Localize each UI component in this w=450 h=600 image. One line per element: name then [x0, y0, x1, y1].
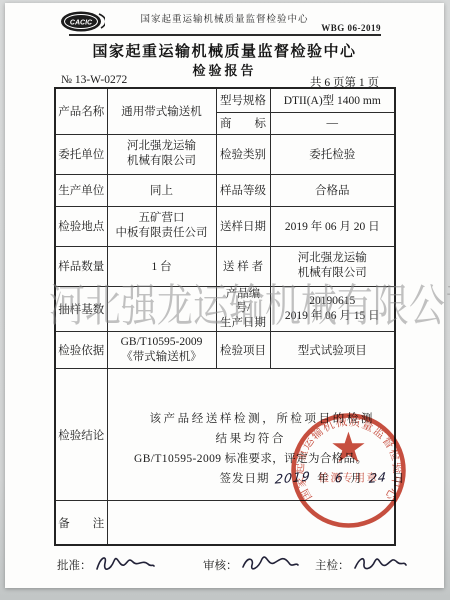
header-rule — [69, 34, 381, 36]
approver-group: 批准： — [57, 553, 156, 577]
remarks-label: 备 注 — [55, 501, 107, 545]
approve-label: 批准： — [57, 560, 92, 572]
conclusion-cell: 该产品经送样检测，所检项目的检测结果均符合 GB/T10595-2009 标准要… — [107, 369, 395, 501]
year-suffix: 年 — [317, 473, 330, 485]
report-table: 产品名称 通用带式输送机 型号规格 DTII(A)型 1400 mm 商 标 —… — [54, 87, 396, 546]
sampling-base-label: 抽样基数 — [55, 286, 107, 332]
doc-code: WBG 06-2019 — [305, 23, 381, 33]
delivery-date-label: 送样日期 — [216, 206, 270, 246]
client-value: 河北强龙运输 机械有限公司 — [107, 134, 216, 174]
reviewer-group: 审核： — [203, 553, 300, 577]
conclusion-line2: GB/T10595-2009 标准要求，评定为合格品。 — [120, 450, 383, 470]
inspection-place-label: 检验地点 — [55, 206, 107, 246]
review-label: 审核： — [203, 560, 238, 572]
approver-signature — [94, 553, 156, 577]
inspection-place-value: 五矿营口 中板有限责任公司 — [107, 206, 216, 246]
sample-sender-label: 送 样 者 — [216, 246, 270, 286]
product-name-value: 通用带式输送机 — [107, 88, 216, 134]
inspection-type-label: 检验类别 — [216, 134, 270, 174]
delivery-date-value: 2019 年 06 月 20 日 — [270, 206, 395, 246]
trademark-label: 商 标 — [216, 112, 270, 134]
product-no-value: 20190615 2019 年 06 月 15 日 — [270, 286, 395, 332]
product-no: 20190615 — [273, 295, 393, 307]
sample-qty-value: 1 台 — [107, 246, 216, 286]
day-suffix: 日 — [392, 473, 405, 485]
inspection-type-value: 委托检验 — [270, 134, 395, 174]
report-number: № 13-W-0272 — [61, 74, 127, 86]
production-date: 2019 年 06 月 15 日 — [273, 307, 393, 323]
product-name-label: 产品名称 — [55, 88, 107, 134]
sample-qty-label: 样品数量 — [55, 246, 107, 286]
chief-group: 主检： — [315, 553, 408, 577]
chief-inspector-signature — [352, 553, 408, 577]
items-value: 型式试验项目 — [270, 332, 395, 369]
issue-month-handwritten: 6 — [335, 470, 345, 486]
issue-day-handwritten: 24 — [368, 469, 387, 486]
sampling-base-value — [107, 286, 216, 332]
client-label: 委托单位 — [55, 134, 107, 174]
signature-row: 批准： 审核： 主检： — [5, 553, 444, 587]
month-suffix: 月 — [350, 473, 363, 485]
sample-grade-label: 样品等级 — [216, 174, 270, 206]
chief-label: 主检： — [315, 560, 350, 572]
manufacturer-value: 同上 — [107, 174, 216, 206]
remarks-cell — [107, 501, 395, 545]
model-label: 型号规格 — [216, 88, 270, 112]
report-page: CACIC 国家起重运输机械质量监督检验中心 WBG 06-2019 国家起重运… — [5, 3, 444, 588]
manufacturer-label: 生产单位 — [55, 174, 107, 206]
trademark-value: — — [270, 112, 395, 134]
reviewer-signature — [240, 553, 300, 577]
product-no-label: 产品编号/ 生产日期 — [216, 286, 270, 332]
model-value: DTII(A)型 1400 mm — [270, 88, 395, 112]
sample-sender-value: 河北强龙运输 机械有限公司 — [270, 246, 395, 286]
sample-grade-value: 合格品 — [270, 174, 395, 206]
basis-value: GB/T10595-2009 《带式输送机》 — [107, 332, 216, 369]
conclusion-line1: 该产品经送样检测，所检项目的检测结果均符合 — [120, 410, 383, 449]
issue-date-label: 签发日期 — [220, 473, 270, 485]
report-title: 国家起重运输机械质量监督检验中心 — [5, 40, 444, 61]
issue-year-handwritten: 2019 — [275, 469, 312, 487]
basis-label: 检验依据 — [55, 332, 107, 369]
issue-date-line: 签发日期 2019 年 6 月 24 日 — [220, 470, 405, 486]
items-label: 检验项目 — [216, 332, 270, 369]
conclusion-label: 检验结论 — [55, 369, 107, 501]
conclusion-text: 该产品经送样检测，所检项目的检测结果均符合 GB/T10595-2009 标准要… — [110, 400, 393, 469]
